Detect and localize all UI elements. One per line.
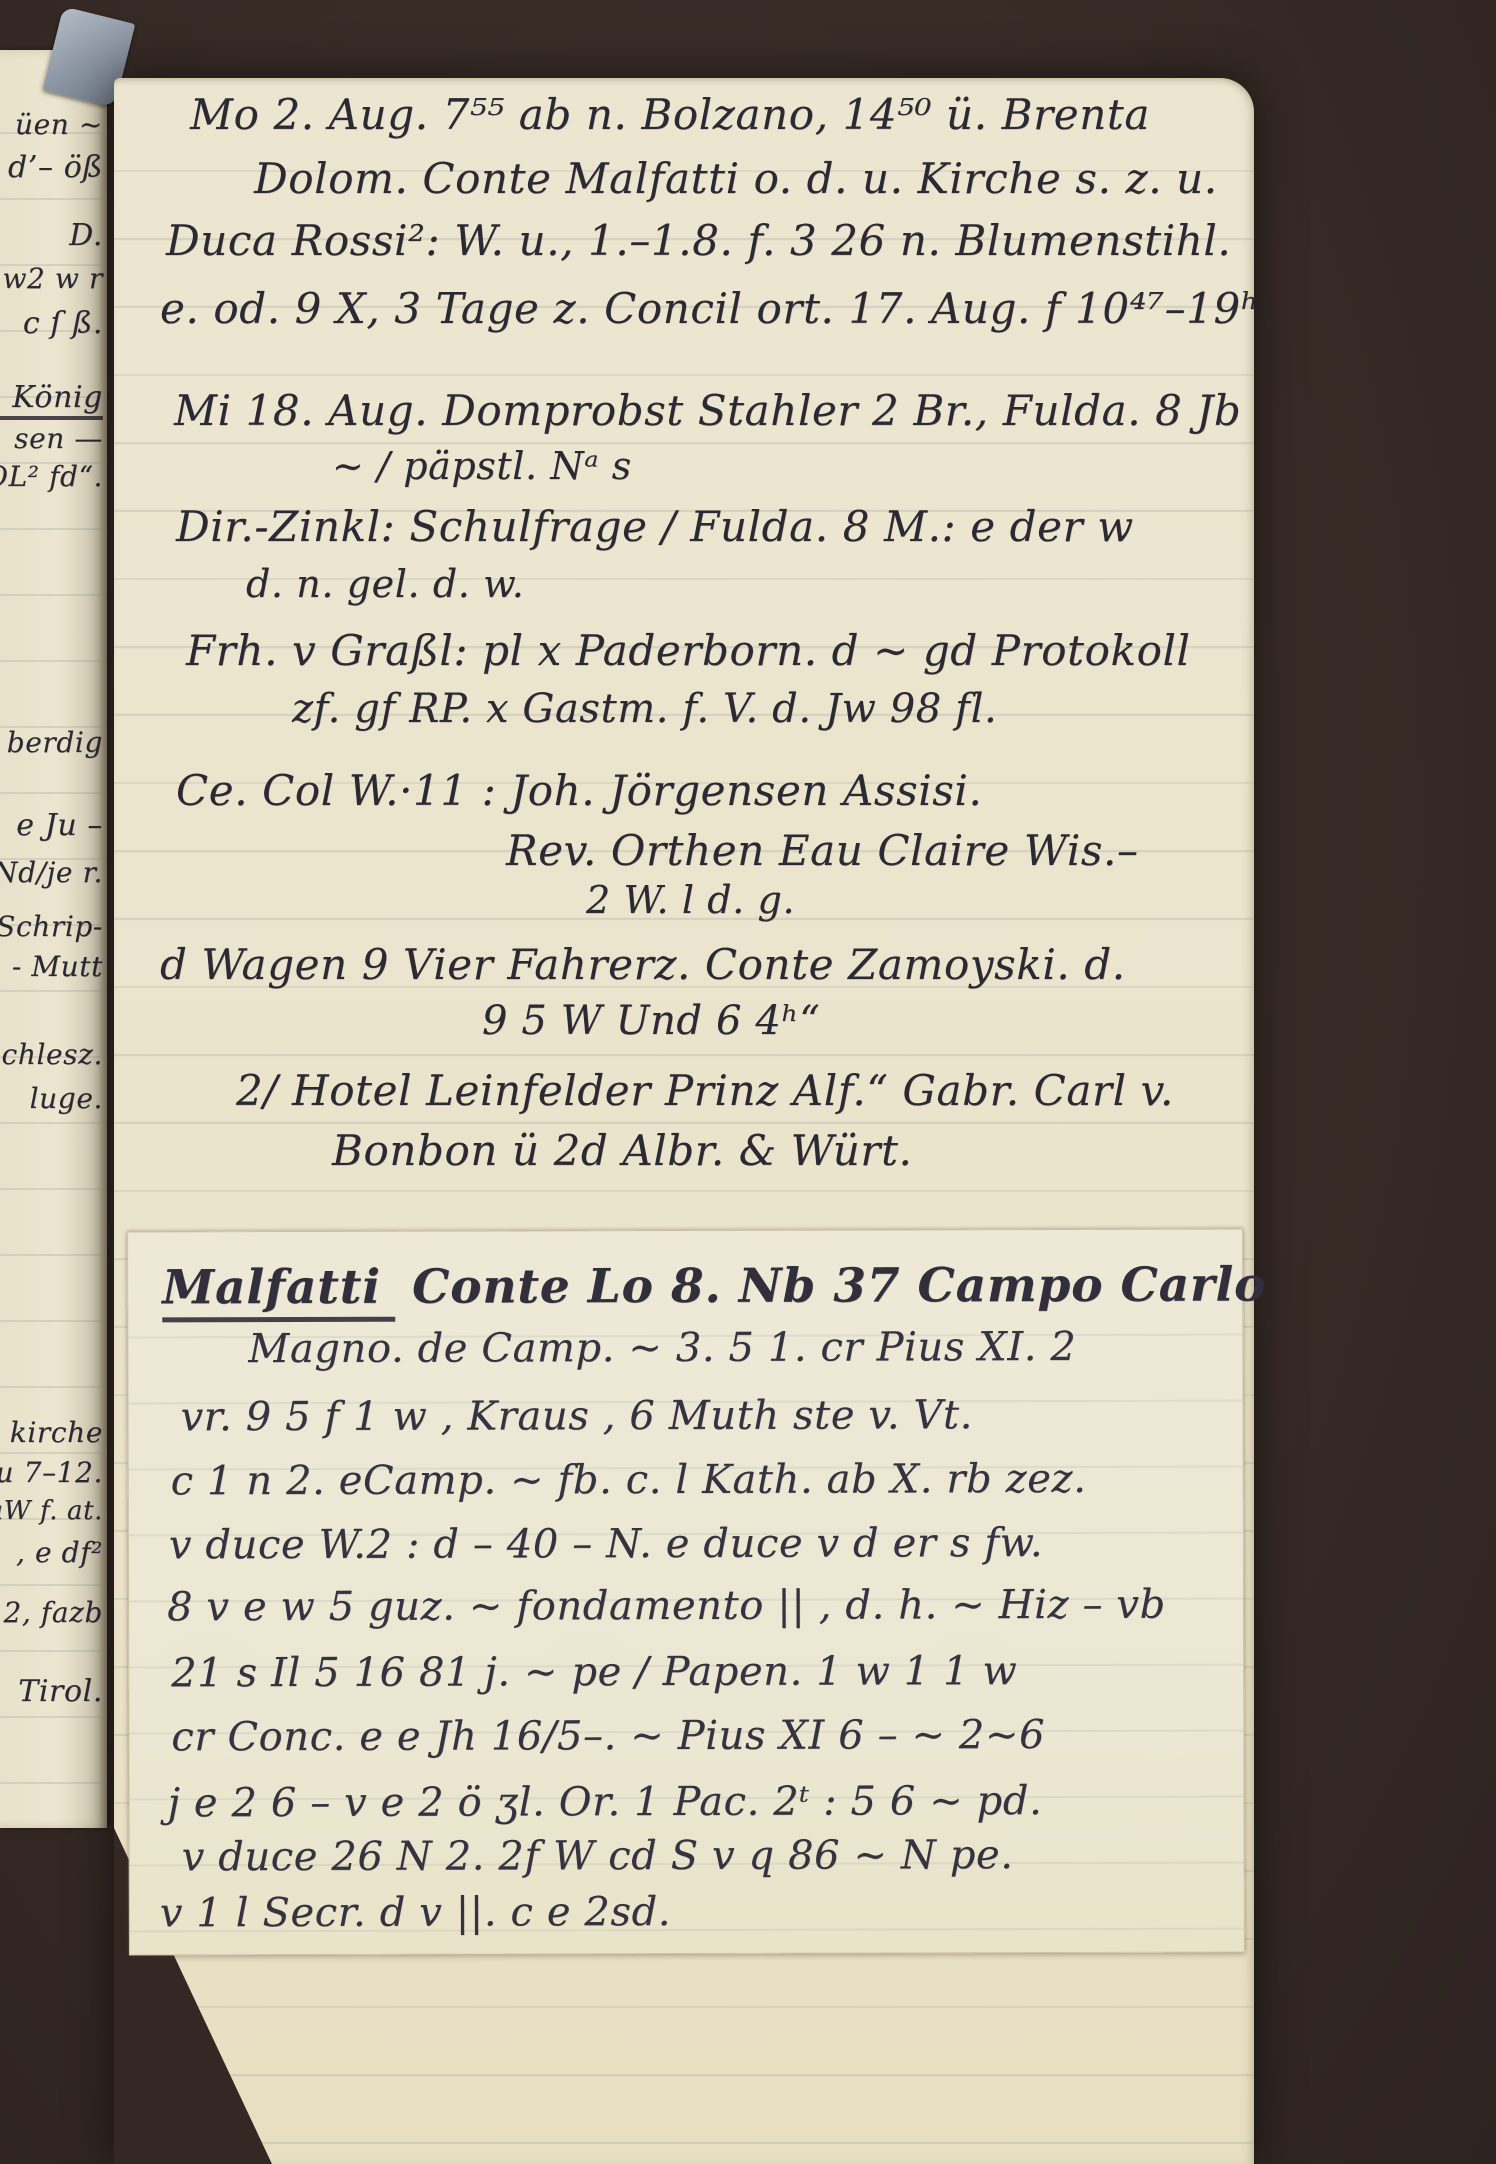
handwritten-line: kirche: [10, 1416, 103, 1449]
handwritten-line: Mo 2. Aug. 7⁵⁵ ab n. Bolzano, 14⁵⁰ ü. Br…: [190, 90, 1150, 139]
manuscript-scan: { "document": { "type": "handwritten not…: [0, 0, 1496, 2164]
handwritten-line: uW f. at.: [0, 1496, 103, 1526]
handwritten-line: chlesz.: [2, 1038, 103, 1071]
handwritten-line: Rev. Orthen Eau Claire Wis.–: [506, 826, 1139, 875]
handwritten-line: Bonbon ü 2d Albr. & Würt.: [332, 1126, 913, 1175]
handwritten-line: sen —: [14, 422, 103, 455]
handwritten-line: u König: [0, 380, 103, 420]
handwritten-line: w2 w r: [2, 262, 103, 295]
handwritten-line: v duce 26 N 2. 2f W cd S v q 86 ~ N pe.: [182, 1832, 1014, 1880]
pasted-note: Malfatti Conte Lo 8. Nb 37 Campo Carlo M…: [127, 1229, 1245, 1956]
handwritten-line: - Mutt: [12, 950, 103, 983]
handwritten-line: Magno. de Camp. ~ 3. 5 1. cr Pius XI. 2: [248, 1324, 1076, 1372]
handwritten-line: cr Conc. e e Jh 16/5–. ~ Pius XI 6 – ~ 2…: [171, 1712, 1045, 1760]
handwritten-line: luge.: [30, 1082, 103, 1115]
note-heading-name: Malfatti: [162, 1260, 395, 1323]
handwritten-line: 8 v e w 5 guz. ~ fondamento || , d. h. ~…: [167, 1582, 1166, 1631]
handwritten-line: v duce W.2 : d – 40 – N. e duce v d er s…: [169, 1520, 1043, 1568]
handwritten-line: berdig: [7, 726, 103, 759]
handwritten-line: Nd/je r.: [0, 856, 103, 889]
handwritten-line: Dir.-Zinkl: Schulfrage / Fulda. 8 M.: e …: [176, 502, 1134, 551]
note-heading-rest: Conte Lo 8. Nb 37 Campo Carlo: [395, 1257, 1267, 1314]
handwritten-line: v 1 l Secr. d v ||. c e 2sd.: [160, 1889, 671, 1936]
handwritten-line: e Ju –: [16, 808, 103, 843]
handwritten-line: Tirol.: [18, 1674, 103, 1709]
handwritten-line: zf. gf RP. x Gastm. f. V. d. Jw 98 fl.: [292, 686, 997, 732]
handwritten-line: ~ / päpstl. Nᵃ s: [332, 444, 632, 488]
handwritten-line: d. n. gel. d. w.: [246, 562, 524, 606]
handwritten-line: Mi 18. Aug. Domprobst Stahler 2 Br., Ful…: [174, 386, 1241, 435]
handwritten-line: D.: [69, 218, 103, 253]
handwritten-line: 2/ Hotel Leinfelder Prinz Alf.“ Gabr. Ca…: [236, 1066, 1174, 1115]
handwritten-line: 2 W. l d. g.: [586, 878, 795, 922]
facing-page-sliver: üen ~d’– ößD.w2 w rc ſ ß.u Königsen —OL²…: [0, 50, 107, 1828]
handwritten-line: c 1 n 2. eCamp. ~ fb. c. l Kath. ab X. r…: [171, 1456, 1087, 1504]
handwritten-line: d Wagen 9 Vier Fahrerz. Conte Zamoyski. …: [160, 940, 1126, 989]
handwritten-line: c ſ ß.: [23, 306, 103, 341]
note-heading: Malfatti Conte Lo 8. Nb 37 Campo Carlo: [162, 1257, 1266, 1315]
handwritten-line: u 7–12.: [0, 1456, 103, 1489]
handwritten-line: 2, fazb: [3, 1596, 103, 1629]
handwritten-line: Frh. v Graßl: pl x Paderborn. d ~ gd Pro…: [186, 626, 1191, 675]
handwritten-line: j e 2 6 – v e 2 ö ʒl. Or. 1 Pac. 2ᵗ : 5 …: [167, 1778, 1042, 1826]
handwritten-line: üen ~: [15, 108, 103, 141]
handwritten-line: OL² fd“.: [0, 460, 103, 493]
handwritten-line: 21 s Il 5 16 81 j. ~ pe / Papen. 1 w 1 1…: [171, 1648, 1017, 1696]
handwritten-line: Dolom. Conte Malfatti o. d. u. Kirche s.…: [254, 154, 1218, 203]
handwritten-line: Duca Rossi²: W. u., 1.–1.8. f. 3 26 n. B…: [166, 216, 1231, 265]
handwritten-line: e. od. 9 X, 3 Tage z. Concil ort. 17. Au…: [160, 284, 1260, 333]
handwritten-line: , e df²: [16, 1536, 103, 1569]
handwritten-line: d’– öß: [8, 150, 103, 185]
handwritten-line: Ce. Col W.·11 : Joh. Jörgensen Assisi.: [176, 766, 982, 815]
handwritten-line: vr. 9 5 f 1 w , Kraus , 6 Muth ste v. Vt…: [180, 1392, 973, 1440]
handwritten-line: 9 5 W Und 6 4ʰ“: [482, 998, 820, 1044]
handwritten-line: 2 Schrip-: [0, 910, 103, 943]
